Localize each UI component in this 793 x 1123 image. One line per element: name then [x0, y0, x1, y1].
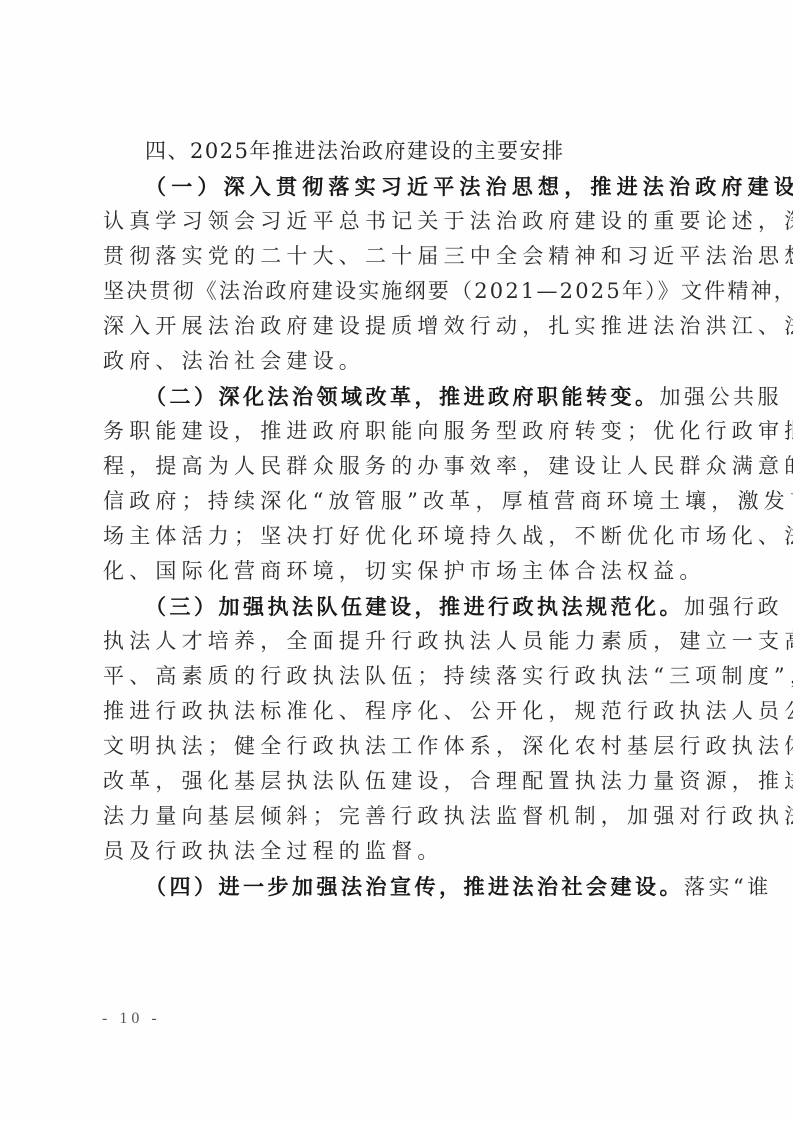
- paragraph-1-title-text: （一）深入贯彻落实习近平法治思想，推进法治政府建设。: [145, 174, 793, 199]
- paragraph-1-line: 认真学习领会习近平总书记关于法治政府建设的重要论述，深入: [103, 204, 703, 239]
- paragraph-1-line: 坚决贯彻《法治政府建设实施纲要（2021—2025年）》文件精神，: [103, 274, 703, 309]
- paragraph-3-first-line: （三）加强执法队伍建设，推进行政执法规范化。加强行政: [103, 589, 703, 624]
- paragraph-2-first-line-rest: 加强公共服: [660, 385, 783, 409]
- paragraph-2-line: 信政府；持续深化“放管服”改革，厚植营商环境土壤，激发市: [103, 484, 703, 519]
- section-heading: 四、2025年推进法治政府建设的主要安排: [103, 134, 703, 169]
- paragraph-3-line: 员及行政执法全过程的监督。: [103, 834, 703, 869]
- paragraph-3-line: 文明执法；健全行政执法工作体系，深化农村基层行政执法体制: [103, 729, 703, 764]
- paragraph-1-line: 深入开展法治政府建设提质增效行动，扎实推进法治洪江、法治: [103, 309, 703, 344]
- paragraph-4-first-line: （四）进一步加强法治宣传，推进法治社会建设。落实“谁: [103, 869, 703, 904]
- paragraph-4-title-text: （四）进一步加强法治宣传，推进法治社会建设。: [145, 874, 684, 899]
- paragraph-1-line: 贯彻落实党的二十大、二十届三中全会精神和习近平法治思想，: [103, 239, 703, 274]
- paragraph-3-line: 推进行政执法标准化、程序化、公开化，规范行政执法人员公正: [103, 694, 703, 729]
- document-body: 四、2025年推进法治政府建设的主要安排 （一）深入贯彻落实习近平法治思想，推进…: [103, 134, 703, 904]
- paragraph-1-title: （一）深入贯彻落实习近平法治思想，推进法治政府建设。: [103, 169, 703, 204]
- paragraph-3-first-line-rest: 加强行政: [684, 595, 782, 619]
- paragraph-2-line: 化、国际化营商环境，切实保护市场主体合法权益。: [103, 554, 703, 589]
- paragraph-2-title-text: （二）深化法治领域改革，推进政府职能转变。: [145, 384, 660, 409]
- paragraph-3-line: 平、高素质的行政执法队伍；持续落实行政执法“三项制度”，: [103, 659, 703, 694]
- paragraph-1-line: 政府、法治社会建设。: [103, 344, 703, 379]
- paragraph-3-line: 改革，强化基层执法队伍建设，合理配置执法力量资源，推进执: [103, 764, 703, 799]
- document-page: 四、2025年推进法治政府建设的主要安排 （一）深入贯彻落实习近平法治思想，推进…: [0, 0, 793, 1123]
- paragraph-2-line: 程，提高为人民群众服务的办事效率，建设让人民群众满意的诚: [103, 449, 703, 484]
- paragraph-2-line: 务职能建设，推进政府职能向服务型政府转变；优化行政审批流: [103, 414, 703, 449]
- paragraph-3-title-text: （三）加强执法队伍建设，推进行政执法规范化。: [145, 594, 684, 619]
- paragraph-3-line: 执法人才培养，全面提升行政执法人员能力素质，建立一支高水: [103, 624, 703, 659]
- paragraph-4-first-line-rest: 落实“谁: [684, 875, 772, 899]
- paragraph-2-line: 场主体活力；坚决打好优化环境持久战，不断优化市场化、法治: [103, 519, 703, 554]
- paragraph-2-first-line: （二）深化法治领域改革，推进政府职能转变。加强公共服: [103, 379, 703, 414]
- paragraph-3-line: 法力量向基层倾斜；完善行政执法监督机制，加强对行政执法人: [103, 799, 703, 834]
- page-number: - 10 -: [102, 1010, 161, 1028]
